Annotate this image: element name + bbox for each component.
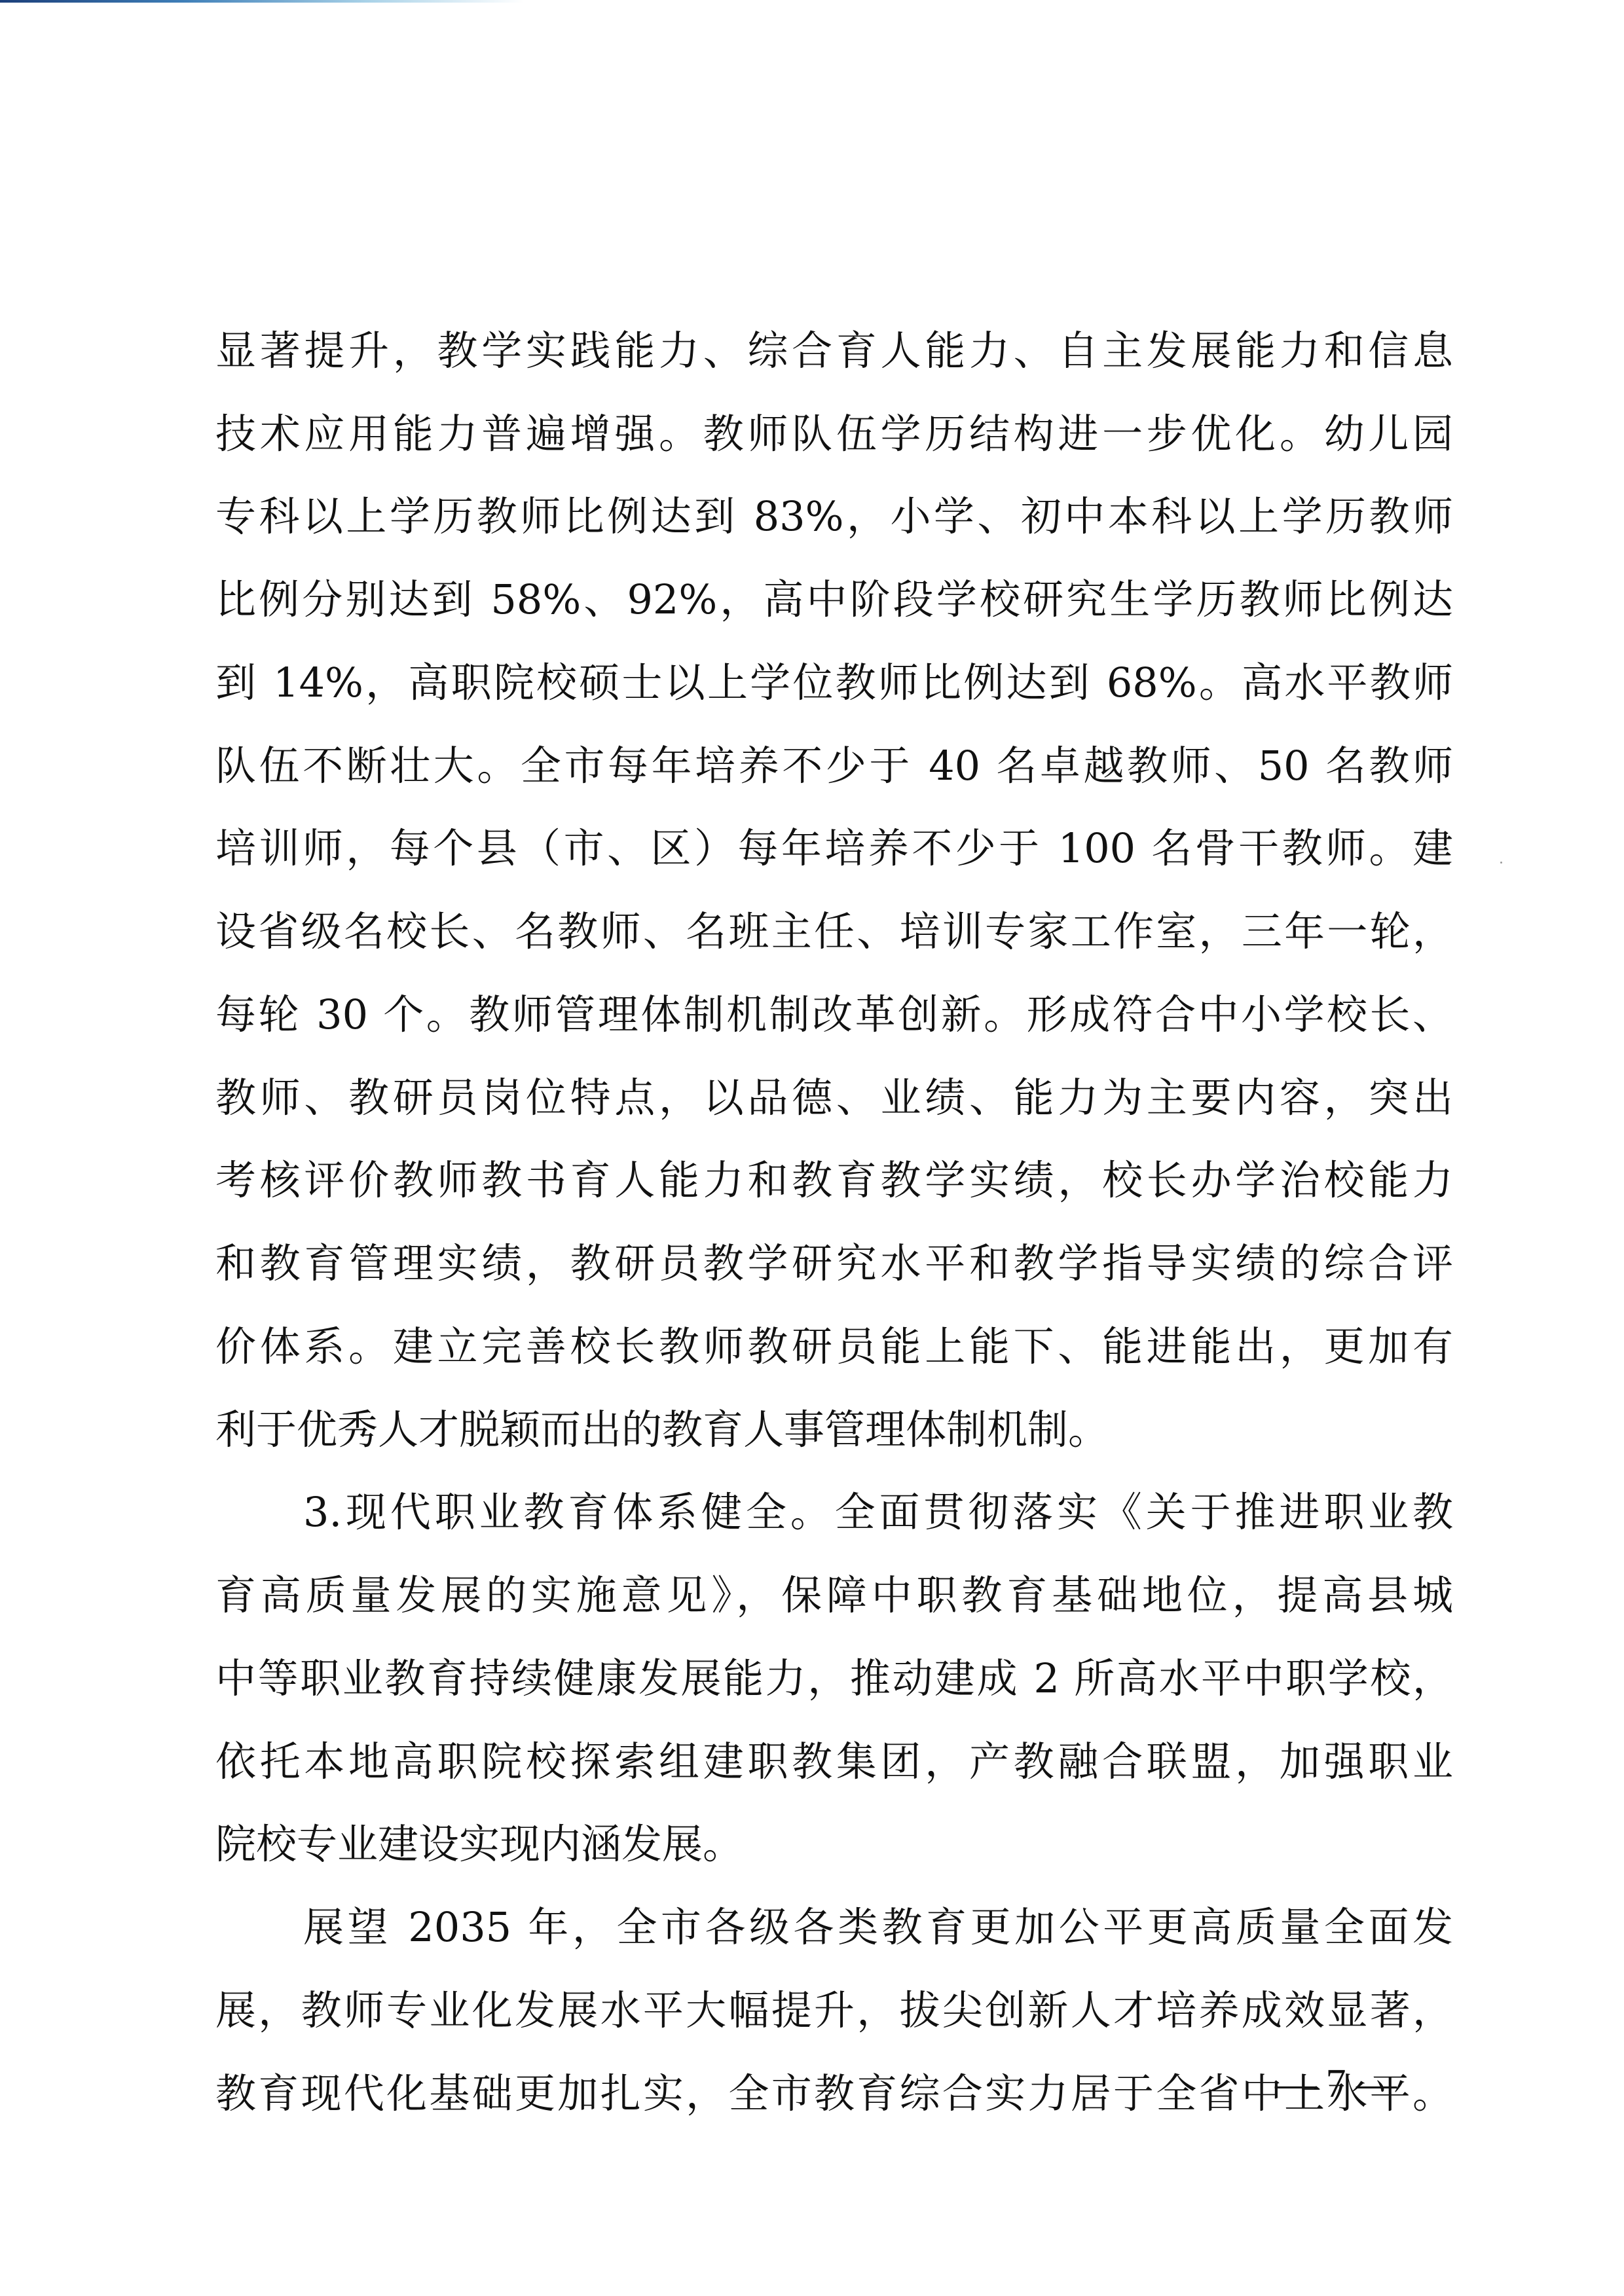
body-line: 依托本地高职院校探索组建职教集团，产教融合联盟，加强职业 (215, 1736, 1453, 1788)
body-line: 专科以上学历教师比例达到 83%，小学、初中本科以上学历教师 (215, 490, 1453, 543)
body-line: 队伍不断壮大。全市每年培养不少于 40 名卓越教师、50 名教师 (215, 740, 1453, 792)
body-line: 价体系。建立完善校长教师教研员能上能下、能进能出，更加有 (215, 1321, 1453, 1373)
body-line: 育高质量发展的实施意见》，保障中职教育基础地位，提高县城 (215, 1569, 1453, 1622)
section-heading-line: 3.现代职业教育体系健全。全面贯彻落实《关于推进职业教 (303, 1486, 1453, 1539)
body-line: 考核评价教师教书育人能力和教育教学实绩，校长办学治校能力 (215, 1154, 1453, 1207)
body-line: 中等职业教育持续健康发展能力，推动建成 2 所高水平中职学校， (215, 1652, 1453, 1705)
body-line: 每轮 30 个。教师管理体制机制改革创新。形成符合中小学校长、 (215, 989, 1453, 1041)
body-line: 利于优秀人才脱颖而出的教育人事管理体制机制。 (215, 1404, 1453, 1456)
body-line: 设省级名校长、名教师、名班主任、培训专家工作室，三年一轮， (215, 905, 1453, 958)
body-line: 比例分别达到 58%、92%，高中阶段学校研究生学历教师比例达 (215, 574, 1453, 626)
page-number: — 7 — (1244, 2061, 1428, 2107)
body-line: 培训师，每个县（市、区）每年培养不少于 100 名骨干教师。建 (215, 822, 1453, 875)
body-line: 院校专业建设实现内涵发展。 (215, 1818, 1453, 1870)
body-line: 显著提升，教学实践能力、综合育人能力、自主发展能力和信息 (215, 325, 1453, 377)
body-line: 和教育管理实绩，教研员教学研究水平和教学指导实绩的综合评 (215, 1237, 1453, 1290)
body-line: 技术应用能力普遍增强。教师队伍学历结构进一步优化。幼儿园 (215, 408, 1453, 460)
body-line: 到 14%，高职院校硕士以上学位教师比例达到 68%。高水平教师 (215, 657, 1453, 709)
body-line: 展，教师专业化发展水平大幅提升，拔尖创新人才培养成效显著， (215, 1984, 1453, 2037)
scan-edge-artifact (0, 0, 524, 3)
scan-dust-speck (1500, 862, 1502, 864)
body-line: 教师、教研员岗位特点，以品德、业绩、能力为主要内容，突出 (215, 1072, 1453, 1124)
body-line: 展望 2035 年，全市各级各类教育更加公平更高质量全面发 (303, 1901, 1453, 1954)
